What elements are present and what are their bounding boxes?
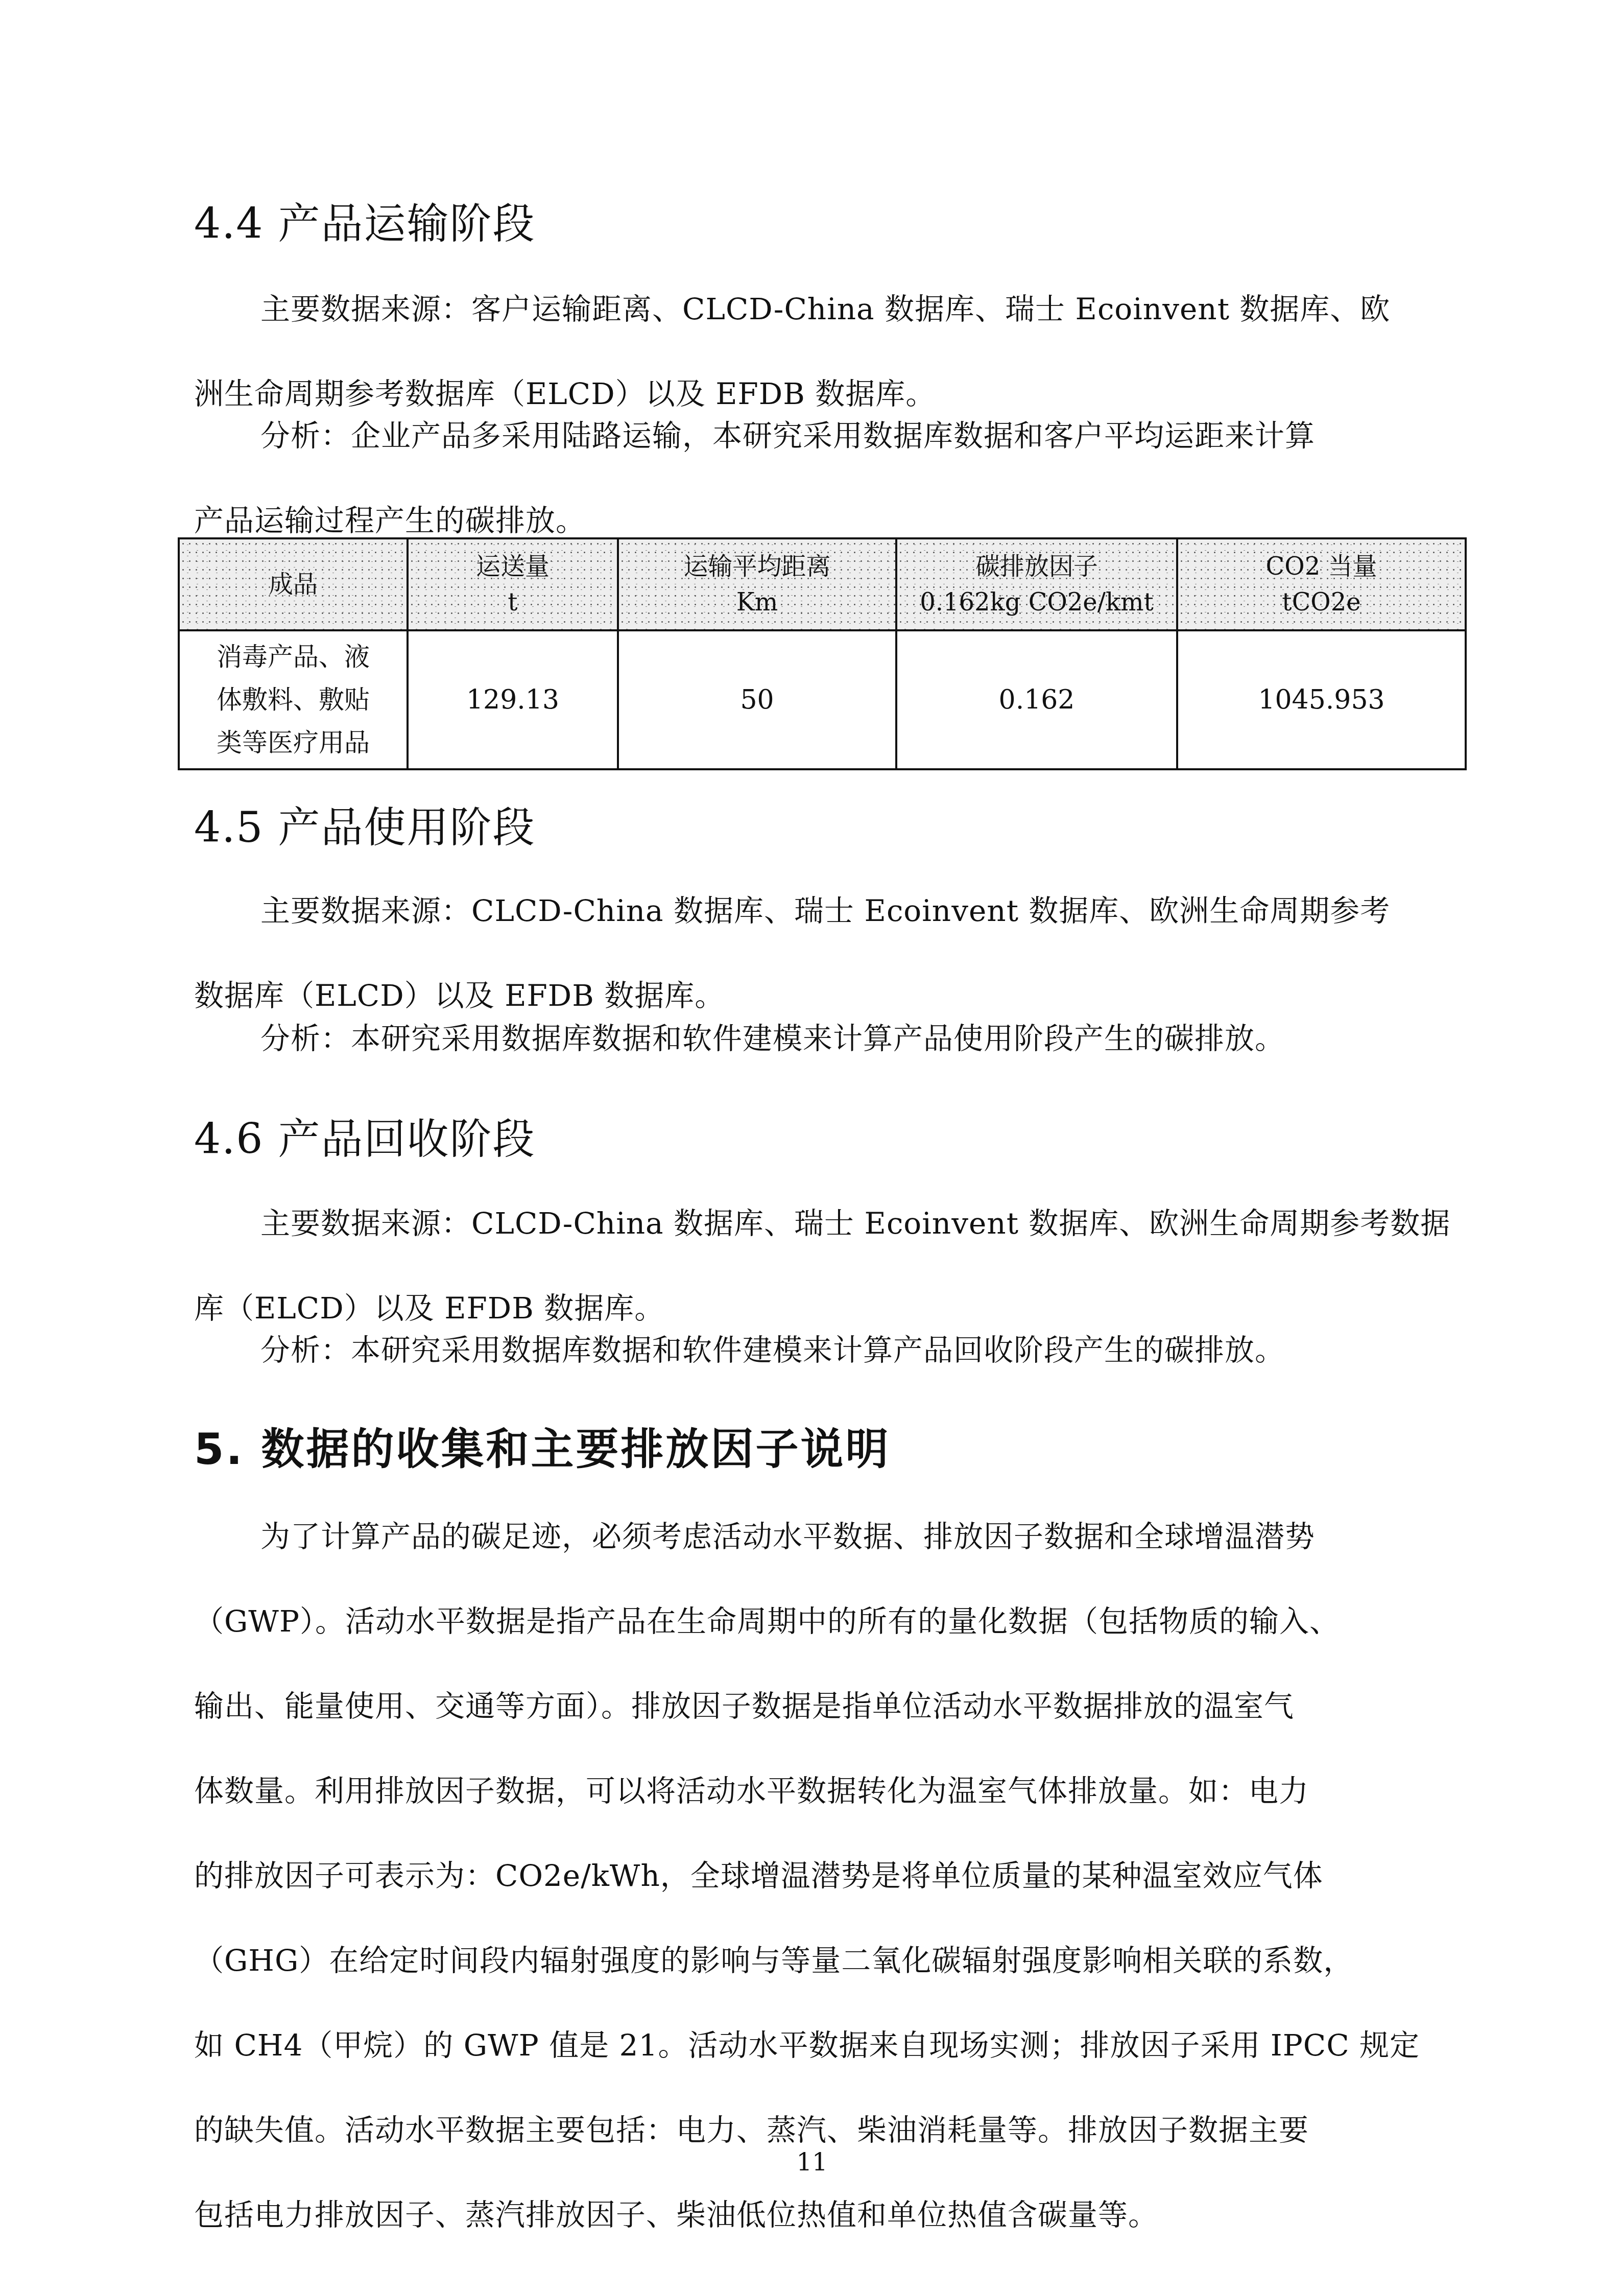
header-avg-distance: 运输平均距离 Km bbox=[618, 538, 896, 630]
text-line: （GWP）。活动水平数据是指产品在生命周期中的所有的量化数据（包括物质的输入、 bbox=[194, 1579, 1430, 1664]
page-number: 11 bbox=[0, 2148, 1624, 2177]
text-line: 输出、能量使用、交通等方面）。排放因子数据是指单位活动水平数据排放的温室气 bbox=[194, 1664, 1430, 1748]
cell-quantity: 129.13 bbox=[408, 630, 618, 769]
text-line: 分析：本研究采用数据库数据和软件建模来计算产品回收阶段产生的碳排放。 bbox=[194, 1308, 1430, 1392]
table-header-row: 成品 运送量 t 运输平均距离 Km 碳排放因子 0.162kg CO2e/km… bbox=[179, 538, 1466, 630]
section-5-body: 为了计算产品的碳足迹，必须考虑活动水平数据、排放因子数据和全球增温潜势 （GWP… bbox=[194, 1494, 1430, 2257]
text-line: 为了计算产品的碳足迹，必须考虑活动水平数据、排放因子数据和全球增温潜势 bbox=[194, 1494, 1430, 1579]
section-4-5-analysis: 分析：本研究采用数据库数据和软件建模来计算产品使用阶段产生的碳排放。 bbox=[194, 996, 1430, 1081]
table-row: 消毒产品、液 体敷料、敷贴 类等医疗用品 129.13 50 0.162 104… bbox=[179, 630, 1466, 769]
header-emission-factor: 碳排放因子 0.162kg CO2e/kmt bbox=[896, 538, 1177, 630]
text-line: 主要数据来源：CLCD-China 数据库、瑞士 Ecoinvent 数据库、欧… bbox=[194, 1181, 1430, 1266]
text-line: 如 CH4（甲烷）的 GWP 值是 21。活动水平数据来自现场实测；排放因子采用… bbox=[194, 2003, 1430, 2088]
text-line: 分析：本研究采用数据库数据和软件建模来计算产品使用阶段产生的碳排放。 bbox=[194, 996, 1430, 1081]
section-heading-5: 5. 数据的收集和主要排放因子说明 bbox=[194, 1428, 891, 1471]
transport-emissions-table: 成品 运送量 t 运输平均距离 Km 碳排放因子 0.162kg CO2e/km… bbox=[178, 537, 1467, 770]
document-page: 4.4 产品运输阶段 主要数据来源：客户运输距离、CLCD-China 数据库、… bbox=[0, 0, 1624, 2293]
text-line: 分析：企业产品多采用陆路运输，本研究采用数据库数据和客户平均运距来计算 bbox=[194, 393, 1430, 478]
text-line: （GHG）在给定时间段内辐射强度的影响与等量二氧化碳辐射强度影响相关联的系数， bbox=[194, 1918, 1430, 2003]
header-co2-equivalent: CO2 当量 tCO2e bbox=[1177, 538, 1466, 630]
text-line: 体数量。利用排放因子数据，可以将活动水平数据转化为温室气体排放量。如：电力 bbox=[194, 1748, 1430, 1833]
section-heading-4-4: 4.4 产品运输阶段 bbox=[194, 203, 535, 245]
cell-emission-factor: 0.162 bbox=[896, 630, 1177, 769]
section-heading-4-5: 4.5 产品使用阶段 bbox=[194, 807, 535, 849]
text-line: 包括电力排放因子、蒸汽排放因子、柴油低位热值和单位热值含碳量等。 bbox=[194, 2172, 1430, 2257]
cell-product: 消毒产品、液 体敷料、敷贴 类等医疗用品 bbox=[179, 630, 408, 769]
text-line: 主要数据来源：CLCD-China 数据库、瑞士 Ecoinvent 数据库、欧… bbox=[194, 868, 1430, 953]
text-line: 的排放因子可表示为：CO2e/kWh，全球增温潜势是将单位质量的某种温室效应气体 bbox=[194, 1833, 1430, 1918]
header-product: 成品 bbox=[179, 538, 408, 630]
text-line: 主要数据来源：客户运输距离、CLCD-China 数据库、瑞士 Ecoinven… bbox=[194, 267, 1430, 351]
header-quantity: 运送量 t bbox=[408, 538, 618, 630]
cell-avg-distance: 50 bbox=[618, 630, 896, 769]
section-heading-4-6: 4.6 产品回收阶段 bbox=[194, 1119, 535, 1161]
cell-co2-equivalent: 1045.953 bbox=[1177, 630, 1466, 769]
section-4-6-analysis: 分析：本研究采用数据库数据和软件建模来计算产品回收阶段产生的碳排放。 bbox=[194, 1308, 1430, 1392]
